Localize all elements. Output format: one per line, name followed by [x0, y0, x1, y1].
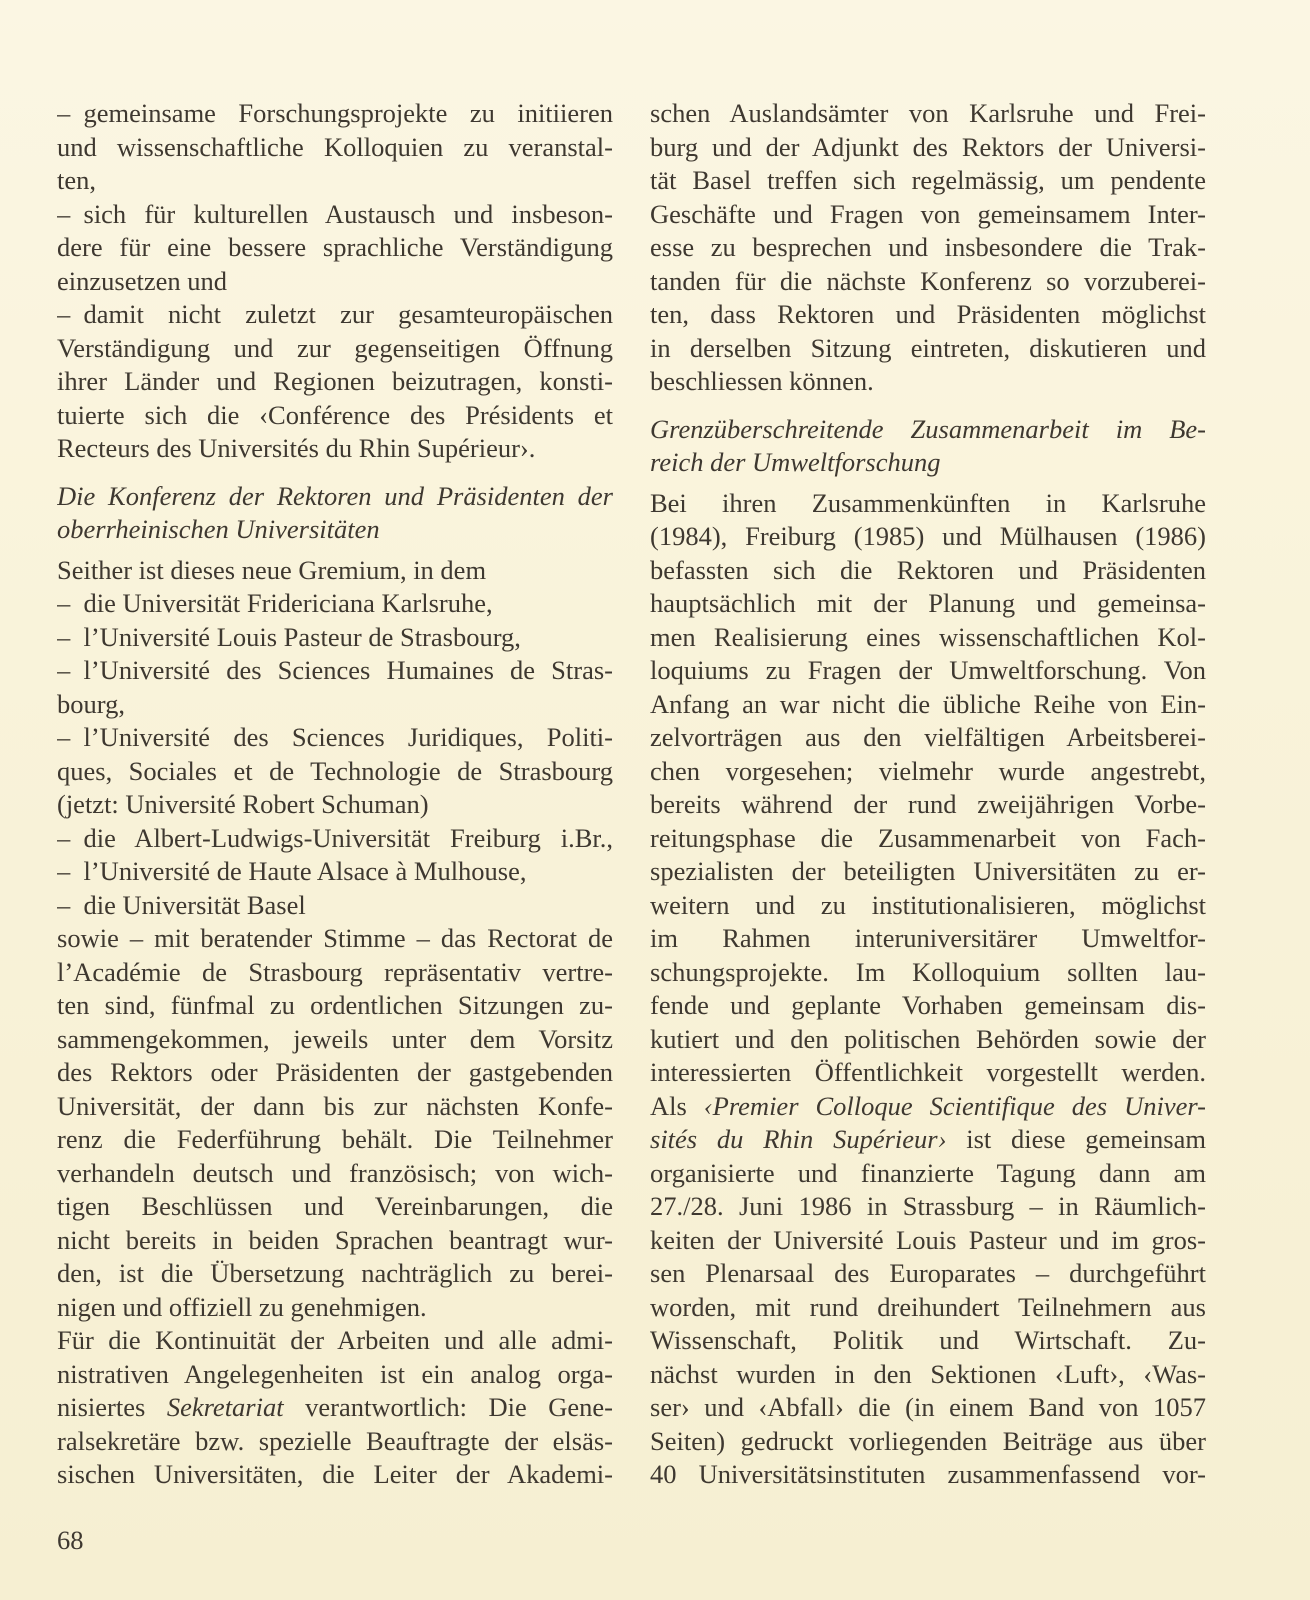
text-line: Universität, der dann bis zur nächsten K… [57, 1090, 613, 1124]
text-line: sammengekommen, jeweils unter dem Vorsit… [57, 1023, 613, 1057]
book-page: – gemeinsame Forschungsprojekte zu initi… [0, 0, 1310, 1600]
text-line: ten, dass Rektoren und Präsidenten mögli… [650, 298, 1206, 332]
text-line: tanden für die nächste Konferenz so vorz… [650, 265, 1206, 299]
text-segment: reich der Umweltforschung [650, 447, 940, 477]
text-line: Anfang an war nicht die übliche Reihe vo… [650, 688, 1206, 722]
text-line: Die Konferenz der Rektoren und Präsident… [57, 480, 613, 514]
text-segment: Seiten) gedruckt vorliegenden Beiträge a… [650, 1426, 1206, 1456]
text-line: Seiten) gedruckt vorliegenden Beiträge a… [650, 1425, 1206, 1459]
text-segment: Für die Kontinuität der Arbeiten und all… [57, 1325, 613, 1355]
italic-text: Sekretariat [167, 1392, 284, 1422]
text-segment: – sich für kulturellen Austausch und ins… [57, 199, 613, 229]
text-line: ihrer Länder und Regionen beizutragen, k… [57, 365, 613, 399]
text-line: organisierte und finanzierte Tagung dann… [650, 1157, 1206, 1191]
text-segment: zelvorträgen aus den vielfältigen Arbeit… [650, 722, 1206, 752]
text-line: ten sind, fünfmal zu ordentlichen Sitzun… [57, 989, 613, 1023]
text-segment: worden, mit rund dreihundert Teilnehmern… [650, 1292, 1206, 1322]
text-line: reitungsphase die Zusammenarbeit von Fac… [650, 822, 1206, 856]
text-segment: – l’Université de Haute Alsace à Mulhous… [57, 856, 527, 886]
text-line: befassten sich die Rektoren und Präsiden… [650, 554, 1206, 588]
text-segment: ten, dass Rektoren und Präsidenten mögli… [650, 299, 1206, 329]
text-line: burg und der Adjunkt des Rektors der Uni… [650, 131, 1206, 165]
text-segment: in derselben Sitzung eintreten, diskutie… [650, 333, 1206, 363]
text-segment: ten sind, fünfmal zu ordentlichen Sitzun… [57, 990, 613, 1020]
text-segment: tät Basel treffen sich regelmässig, um p… [650, 165, 1206, 195]
text-segment: Seither ist dieses neue Gremium, in dem [57, 555, 486, 585]
text-line: – gemeinsame Forschungsprojekte zu initi… [57, 97, 613, 131]
text-line: nächst wurden in den Sektionen ‹Luft›, ‹… [650, 1358, 1206, 1392]
text-segment: sen Plenarsaal des Europarates – durchge… [650, 1258, 1206, 1288]
text-segment: beschliessen können. [650, 366, 874, 396]
text-segment: chen vorgesehen; vielmehr wurde angestre… [650, 756, 1206, 786]
text-line: hauptsächlich mit der Planung und gemein… [650, 587, 1206, 621]
text-segment: Anfang an war nicht die übliche Reihe vo… [650, 689, 1206, 719]
text-line: – sich für kulturellen Austausch und ins… [57, 198, 613, 232]
text-line: Als ‹Premier Colloque Scientifique des U… [650, 1090, 1206, 1124]
text-line: (jetzt: Université Robert Schuman) [57, 788, 613, 822]
text-segment: l’Académie de Strasbourg repräsentativ v… [57, 957, 613, 987]
text-segment: renz die Federführung behält. Die Teilne… [57, 1124, 613, 1154]
text-segment: nächst wurden in den Sektionen ‹Luft›, ‹… [650, 1359, 1206, 1389]
text-segment: befassten sich die Rektoren und Präsiden… [650, 555, 1206, 585]
page-number: 68 [57, 1524, 84, 1558]
text-segment: spezialisten der beteiligten Universität… [650, 856, 1206, 886]
text-line: ten, [57, 164, 613, 198]
text-line: – die Universität Basel [57, 889, 613, 923]
text-segment: schen Auslandsämter von Karlsruhe und Fr… [650, 98, 1206, 128]
text-line: zelvorträgen aus den vielfältigen Arbeit… [650, 721, 1206, 755]
text-segment: nistrativen Angelegenheiten ist ein anal… [57, 1359, 613, 1389]
text-line: sowie – mit beratender Stimme – das Rect… [57, 922, 613, 956]
text-segment: kutiert und den politischen Behörden sow… [650, 1024, 1206, 1054]
text-line: sen Plenarsaal des Europarates – durchge… [650, 1257, 1206, 1291]
text-segment: – die Universität Basel [57, 890, 306, 920]
text-segment: – l’Université des Sciences Juridiques, … [57, 722, 613, 752]
text-segment: oberrheinischen Universitäten [57, 514, 380, 544]
text-segment: verantwortlich: Die Gene- [284, 1392, 613, 1422]
text-segment: Verständigung und zur gegenseitigen Öffn… [57, 333, 613, 363]
text-segment: schungsprojekte. Im Kolloquium sollten l… [650, 957, 1206, 987]
text-line: reich der Umweltforschung [650, 446, 1206, 480]
text-segment: fende und geplante Vorhaben gemeinsam di… [650, 990, 1206, 1020]
text-segment: interessierten Öffentlichkeit vorgestell… [650, 1057, 1206, 1087]
text-segment: loquiums zu Fragen der Umweltforschung. … [650, 655, 1206, 685]
text-line: beschliessen können. [650, 365, 1206, 399]
text-segment: Die Konferenz der Rektoren und Präsident… [57, 481, 613, 511]
text-line: verhandeln deutsch und französisch; von … [57, 1157, 613, 1191]
text-line: spezialisten der beteiligten Universität… [650, 855, 1206, 889]
text-segment: Als [650, 1091, 704, 1121]
text-segment: bourg, [57, 689, 125, 719]
text-line: Bei ihren Zusammenkünften in Karlsruhe [650, 487, 1206, 521]
text-segment: des Rektors oder Präsidenten der gastgeb… [57, 1057, 613, 1087]
text-line: tät Basel treffen sich regelmässig, um p… [650, 164, 1206, 198]
text-columns: – gemeinsame Forschungsprojekte zu initi… [57, 97, 1206, 1492]
text-segment: – l’Université des Sciences Humaines de … [57, 655, 613, 685]
text-line: – l’Université Louis Pasteur de Strasbou… [57, 621, 613, 655]
text-segment: nisiertes [57, 1392, 167, 1422]
text-segment: bereits während der rund zweijährigen Vo… [650, 789, 1206, 819]
text-segment: tuierte sich die ‹Conférence des Préside… [57, 400, 613, 430]
text-line: oberrheinischen Universitäten [57, 513, 613, 547]
text-line: ralsekretäre bzw. spezielle Beauftragte … [57, 1425, 613, 1459]
text-line: einzusetzen und [57, 265, 613, 299]
paragraph: – gemeinsame Forschungsprojekte zu initi… [57, 97, 613, 466]
text-line: fende und geplante Vorhaben gemeinsam di… [650, 989, 1206, 1023]
text-line: schungsprojekte. Im Kolloquium sollten l… [650, 956, 1206, 990]
text-segment: (jetzt: Université Robert Schuman) [57, 789, 429, 819]
text-segment: – l’Université Louis Pasteur de Strasbou… [57, 622, 521, 652]
text-segment: ist diese gemeinsam [946, 1124, 1206, 1154]
text-segment: – damit nicht zuletzt zur gesamteuropäis… [57, 299, 613, 329]
section-heading: Grenzüberschreitende Zusammenarbeit im B… [650, 413, 1206, 480]
text-segment: den, ist die Übersetzung nachträglich zu… [57, 1258, 613, 1288]
text-line: – l’Université de Haute Alsace à Mulhous… [57, 855, 613, 889]
text-line: nisiertes Sekretariat verantwortlich: Di… [57, 1391, 613, 1425]
text-segment: Grenzüberschreitende Zusammenarbeit im B… [650, 414, 1206, 444]
text-line: (1984), Freiburg (1985) und Mülhausen (1… [650, 520, 1206, 554]
section-heading: Die Konferenz der Rektoren und Präsident… [57, 480, 613, 547]
text-segment: und wissenschaftliche Kolloquien zu vera… [57, 132, 613, 162]
text-segment: tanden für die nächste Konferenz so vorz… [650, 266, 1206, 296]
text-line: Grenzüberschreitende Zusammenarbeit im B… [650, 413, 1206, 447]
text-segment: tigen Beschlüssen und Vereinbarungen, di… [57, 1191, 613, 1221]
text-segment: 27./28. Juni 1986 in Strassburg – in Räu… [650, 1191, 1206, 1221]
text-segment: 40 Universitätsinstituten zusammenfassen… [650, 1459, 1206, 1489]
text-line: Verständigung und zur gegenseitigen Öffn… [57, 332, 613, 366]
text-segment: ralsekretäre bzw. spezielle Beauftragte … [57, 1426, 613, 1456]
paragraph: Seither ist dieses neue Gremium, in dem–… [57, 554, 613, 1492]
text-line: esse zu besprechen und insbesondere die … [650, 231, 1206, 265]
text-line: – l’Université des Sciences Humaines de … [57, 654, 613, 688]
right-column: schen Auslandsämter von Karlsruhe und Fr… [650, 97, 1206, 1492]
text-segment: nigen und offiziell zu genehmigen. [57, 1292, 427, 1322]
text-segment: – die Universität Fridericiana Karlsruhe… [57, 588, 493, 618]
text-segment: Bei ihren Zusammenkünften in Karlsruhe [650, 488, 1206, 518]
text-line: Wissenschaft, Politik und Wirtschaft. Zu… [650, 1324, 1206, 1358]
text-segment: ques, Sociales et de Technologie de Stra… [57, 756, 613, 786]
text-segment: men Realisierung eines wissenschaftliche… [650, 622, 1206, 652]
text-segment: reitungsphase die Zusammenarbeit von Fac… [650, 823, 1206, 853]
text-segment: im Rahmen interuniversitärer Umweltfor- [650, 923, 1206, 953]
text-segment: weitern und zu institutionalisieren, mög… [650, 890, 1206, 920]
text-line: Recteurs des Universités du Rhin Supérie… [57, 432, 613, 466]
text-segment: sammengekommen, jeweils unter dem Vorsit… [57, 1024, 613, 1054]
text-line: tigen Beschlüssen und Vereinbarungen, di… [57, 1190, 613, 1224]
text-line: – damit nicht zuletzt zur gesamteuropäis… [57, 298, 613, 332]
text-line: – die Universität Fridericiana Karlsruhe… [57, 587, 613, 621]
text-line: interessierten Öffentlichkeit vorgestell… [650, 1056, 1206, 1090]
text-segment: organisierte und finanzierte Tagung dann… [650, 1158, 1206, 1188]
text-line: nicht bereits in beiden Sprachen beantra… [57, 1224, 613, 1258]
text-line: bereits während der rund zweijährigen Vo… [650, 788, 1206, 822]
text-line: Geschäfte und Fragen von gemeinsamem Int… [650, 198, 1206, 232]
text-segment: burg und der Adjunkt des Rektors der Uni… [650, 132, 1206, 162]
text-line: men Realisierung eines wissenschaftliche… [650, 621, 1206, 655]
text-line: loquiums zu Fragen der Umweltforschung. … [650, 654, 1206, 688]
text-segment: (1984), Freiburg (1985) und Mülhausen (1… [650, 521, 1206, 551]
text-line: weitern und zu institutionalisieren, mög… [650, 889, 1206, 923]
text-segment: ten, [57, 165, 96, 195]
text-line: in derselben Sitzung eintreten, diskutie… [650, 332, 1206, 366]
paragraph: schen Auslandsämter von Karlsruhe und Fr… [650, 97, 1206, 399]
text-line: Seither ist dieses neue Gremium, in dem [57, 554, 613, 588]
text-segment: Wissenschaft, Politik und Wirtschaft. Zu… [650, 1325, 1206, 1355]
text-line: nistrativen Angelegenheiten ist ein anal… [57, 1358, 613, 1392]
text-line: dere für eine bessere sprachliche Verstä… [57, 231, 613, 265]
text-segment: einzusetzen und [57, 266, 227, 296]
text-line: des Rektors oder Präsidenten der gastgeb… [57, 1056, 613, 1090]
text-line: bourg, [57, 688, 613, 722]
text-line: 40 Universitätsinstituten zusammenfassen… [650, 1458, 1206, 1492]
text-segment: sischen Universitäten, die Leiter der Ak… [57, 1459, 613, 1489]
text-line: – die Albert-Ludwigs-Universität Freibur… [57, 822, 613, 856]
text-line: sités du Rhin Supérieur› ist diese gemei… [650, 1123, 1206, 1157]
text-line: renz die Federführung behält. Die Teilne… [57, 1123, 613, 1157]
text-line: tuierte sich die ‹Conférence des Préside… [57, 399, 613, 433]
text-line: – l’Université des Sciences Juridiques, … [57, 721, 613, 755]
text-line: im Rahmen interuniversitärer Umweltfor- [650, 922, 1206, 956]
text-segment: ihrer Länder und Regionen beizutragen, k… [57, 366, 613, 396]
text-line: l’Académie de Strasbourg repräsentativ v… [57, 956, 613, 990]
text-segment: Recteurs des Universités du Rhin Supérie… [57, 433, 535, 463]
paragraph: Bei ihren Zusammenkünften in Karlsruhe(1… [650, 487, 1206, 1492]
text-segment: Geschäfte und Fragen von gemeinsamem Int… [650, 199, 1206, 229]
italic-text: ‹Premier Colloque Scientifique des Unive… [704, 1091, 1206, 1121]
italic-text: sités du Rhin Supérieur› [650, 1124, 946, 1154]
text-segment: verhandeln deutsch und französisch; von … [57, 1158, 613, 1188]
text-segment: Universität, der dann bis zur nächsten K… [57, 1091, 613, 1121]
text-line: Für die Kontinuität der Arbeiten und all… [57, 1324, 613, 1358]
left-column: – gemeinsame Forschungsprojekte zu initi… [57, 97, 613, 1492]
text-line: kutiert und den politischen Behörden sow… [650, 1023, 1206, 1057]
text-line: nigen und offiziell zu genehmigen. [57, 1291, 613, 1325]
text-line: ser› und ‹Abfall› die (in einem Band von… [650, 1391, 1206, 1425]
text-line: ques, Sociales et de Technologie de Stra… [57, 755, 613, 789]
text-segment: nicht bereits in beiden Sprachen beantra… [57, 1225, 613, 1255]
text-segment: ser› und ‹Abfall› die (in einem Band von… [650, 1392, 1206, 1422]
text-line: keiten der Université Louis Pasteur und … [650, 1224, 1206, 1258]
text-segment: hauptsächlich mit der Planung und gemein… [650, 588, 1206, 618]
text-segment: sowie – mit beratender Stimme – das Rect… [57, 923, 613, 953]
text-line: und wissenschaftliche Kolloquien zu vera… [57, 131, 613, 165]
text-segment: – gemeinsame Forschungsprojekte zu initi… [57, 98, 613, 128]
text-segment: keiten der Université Louis Pasteur und … [650, 1225, 1206, 1255]
text-line: chen vorgesehen; vielmehr wurde angestre… [650, 755, 1206, 789]
text-line: sischen Universitäten, die Leiter der Ak… [57, 1458, 613, 1492]
text-segment: esse zu besprechen und insbesondere die … [650, 232, 1206, 262]
text-line: 27./28. Juni 1986 in Strassburg – in Räu… [650, 1190, 1206, 1224]
text-segment: – die Albert-Ludwigs-Universität Freibur… [57, 823, 613, 853]
text-line: den, ist die Übersetzung nachträglich zu… [57, 1257, 613, 1291]
text-segment: dere für eine bessere sprachliche Verstä… [57, 232, 613, 262]
text-line: worden, mit rund dreihundert Teilnehmern… [650, 1291, 1206, 1325]
text-line: schen Auslandsämter von Karlsruhe und Fr… [650, 97, 1206, 131]
